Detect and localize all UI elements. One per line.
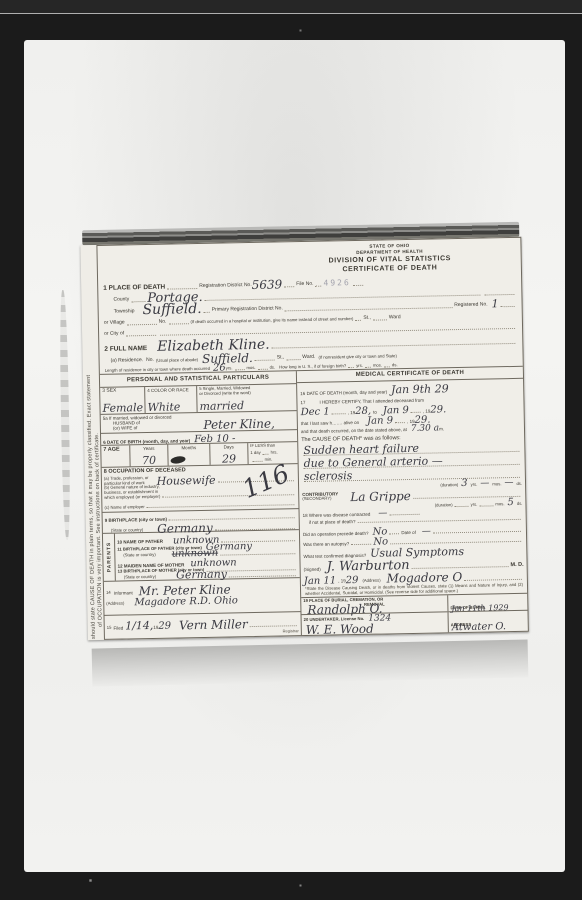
last-saw-label: that I last saw h……. alive on <box>301 420 359 426</box>
informant-address-value: Magadore R.D. Ohio <box>134 597 238 607</box>
dotted-line <box>315 285 321 287</box>
occupation-a-value: Housewife <box>157 476 216 486</box>
attended-to-value: Jan 9 <box>383 407 409 415</box>
burial-date-cell: DATE OF BURIAL Jan 11th 1929 <box>447 594 527 612</box>
burial-place-cell: 19 PLACE OF BURIAL, CREMATION, OR REMOVA… <box>301 595 447 614</box>
filed-label: Filed <box>113 625 123 630</box>
certify-block: 17 I HEREBY CERTIFY, That I attended dec… <box>297 392 524 434</box>
street-label-2: St., <box>277 356 285 362</box>
parents-label: PARENTS <box>106 542 113 573</box>
dotted-line <box>389 532 399 534</box>
dotted-line <box>373 319 387 321</box>
cause-of-death-block: The CAUSE OF DEATH* was as follows: Sudd… <box>298 430 525 489</box>
informant-label: Informant <box>114 590 133 596</box>
attended-from-value: Dec 1 <box>301 409 330 418</box>
agency-header: STATE OF OHIO DEPARTMENT OF HEALTH DIVIS… <box>263 241 515 276</box>
undertaker-address-value: Atwater O. <box>452 623 506 632</box>
undertaker-value: W. E. Wood <box>306 624 374 635</box>
street-label: St., <box>363 316 371 322</box>
cause-line-2: due to General arterio — <box>304 458 443 469</box>
if-less-label: IF LESS than <box>250 443 295 449</box>
dotted-line <box>365 366 371 368</box>
informant-no: 14 <box>106 591 111 596</box>
informant-value: Mr. Peter Kline <box>139 585 231 596</box>
comma-19-a: , 19 <box>348 410 356 415</box>
dotted-line <box>411 411 421 413</box>
full-name-label: 2 FULL NAME <box>104 345 147 353</box>
file-no-label: File No. <box>296 282 313 288</box>
dotted-line <box>258 368 268 370</box>
dotted-line <box>286 358 300 360</box>
filed-no: 15 <box>107 626 112 631</box>
dotted-line <box>384 365 390 367</box>
age-days-cell: Days 29 <box>209 443 247 465</box>
page-edge-streak <box>59 290 71 540</box>
age-label-cell: 7 AGE <box>101 445 129 467</box>
page-stack-shadow <box>92 639 529 686</box>
undertaker-address-cell: ADDRESS Atwater O. <box>448 611 528 633</box>
dotted-line <box>353 284 363 286</box>
to-label: to <box>373 410 377 415</box>
medical-column: MEDICAL CERTIFICATE OF DEATH 16 DATE OF … <box>297 367 528 635</box>
certificate-paper: should state CAUSE OF DEATH in plain ter… <box>80 237 529 641</box>
contributory-duration-ds: 5 <box>507 499 514 507</box>
file-no-value: 4926 <box>323 278 350 288</box>
registration-district-label: Registration District No. <box>199 283 252 290</box>
dotted-line <box>229 574 296 577</box>
registrar-value: Vern Miller <box>179 620 248 631</box>
county-label: County <box>113 298 129 304</box>
yrs-label: yrs. <box>226 367 233 372</box>
photo-paper: should state CAUSE OF DEATH in plain ter… <box>24 40 565 872</box>
years-label: Years <box>132 446 165 452</box>
undertaker-row: 20 UNDERTAKER, License No. 1324 W. E. Wo… <box>302 610 528 635</box>
race-value: White <box>147 403 194 413</box>
sex-value: Female <box>102 404 142 414</box>
film-specks <box>0 0 1 1</box>
hrs-label: hrs. <box>271 451 278 456</box>
parents-strip: PARENTS <box>103 534 116 581</box>
ward-label-2: Ward. <box>302 355 315 361</box>
race-cell: 4 COLOR OR RACE White <box>144 386 196 413</box>
township-label: Township <box>114 310 135 316</box>
village-label: or Village <box>104 321 125 327</box>
personal-column: PERSONAL AND STATISTICAL PARTICULARS 3 S… <box>100 371 302 639</box>
death-certificate: should state CAUSE OF DEATH in plain ter… <box>80 222 529 641</box>
form-body: PERSONAL AND STATISTICAL PARTICULARS 3 S… <box>100 366 528 639</box>
microfilm-frame: should state CAUSE OF DEATH in plain ter… <box>0 0 582 900</box>
registration-district-value: 5639 <box>252 280 283 290</box>
residence-no-label: No. <box>146 358 154 364</box>
days-label: Days <box>212 444 245 450</box>
occupation-row: 8 OCCUPATION OF DECEASED (a) Trade, prof… <box>102 464 299 513</box>
registered-no-label: Registered No. <box>454 303 487 309</box>
mos-label-2: mos. <box>373 364 382 369</box>
dotted-line <box>455 505 469 507</box>
dotted-line <box>501 305 515 307</box>
dotted-line <box>351 543 371 545</box>
attended-to-year: 29. <box>430 406 446 414</box>
secondary-label: (SECONDARY) <box>302 497 338 503</box>
mos-label: mos. <box>246 366 255 371</box>
sex-cell: 3 SEX Female <box>100 387 144 414</box>
dotted-line <box>395 421 405 423</box>
informant-address-label: (Address) <box>106 602 124 607</box>
dotted-line <box>355 319 361 321</box>
residence-note: (Usual place of abode) <box>156 358 198 364</box>
filed-year-value: 29 <box>158 623 171 631</box>
dotted-line <box>255 359 275 361</box>
dotted-line <box>348 366 354 368</box>
dotted-line <box>332 412 346 414</box>
mother-state-label: (State or country) <box>118 575 156 581</box>
months-label: Months <box>170 445 207 451</box>
dotted-line <box>263 453 269 455</box>
length-value: 26 <box>213 365 226 373</box>
township-value: Suffield. <box>142 304 201 316</box>
age-months-cell: Months <box>167 444 209 466</box>
race-label: 4 COLOR OR RACE <box>147 387 194 393</box>
marital-value: married <box>199 402 294 413</box>
residence-label: (a) Residence. <box>111 358 144 364</box>
occupation-c-label: (c) Name of employer <box>104 505 144 511</box>
age-label: 7 AGE <box>103 447 127 454</box>
filed-date-value: 1/14, <box>125 622 153 631</box>
comma-19-b: , 19 <box>423 409 431 414</box>
film-scratch-line <box>0 13 582 14</box>
sex-label: 3 SEX <box>102 388 142 395</box>
ink-smudge <box>170 455 186 464</box>
spouse-row: 5a If married, widowed or divorced HUSBA… <box>101 411 297 434</box>
spouse-value: Peter Kline, <box>203 419 275 430</box>
dotted-line <box>204 311 210 313</box>
dotted-line <box>147 504 295 509</box>
last-saw-value: Jan 9 <box>367 417 393 425</box>
residence-value: Suffield. <box>202 354 253 365</box>
marital-label-2: or Divorced (write the word) <box>199 390 294 397</box>
dotted-line <box>253 460 263 462</box>
where-dash: — <box>378 510 387 517</box>
ds-label-2: ds. <box>392 363 398 368</box>
dotted-line <box>234 368 244 370</box>
street-no-label: No. <box>159 320 167 326</box>
dotted-line <box>168 322 188 324</box>
informant-row: 14 Informant Mr. Peter Kline (Address) M… <box>104 578 301 615</box>
undertaker-cell: 20 UNDERTAKER, License No. 1324 W. E. Wo… <box>302 612 448 635</box>
dotted-line <box>479 505 493 507</box>
filed-row: 15 Filed 1/14, 19 29 Vern Miller Regist <box>104 611 300 639</box>
age-years-cell: Years 70 <box>129 445 167 467</box>
parents-rows: 10 NAME OF FATHER unknown 11 BIRTHPLACE … <box>115 530 300 581</box>
ward-label: Ward <box>389 316 401 322</box>
city-label: or City of <box>104 332 124 338</box>
dotted-line <box>284 285 294 287</box>
years-value: 70 <box>132 457 165 466</box>
sex-race-marital-row: 3 SEX Female 4 COLOR OR RACE White 5 Si <box>100 384 296 415</box>
yrs-label-2: yrs. <box>356 364 363 369</box>
ds-label: ds. <box>270 366 276 371</box>
contributory-value: La Grippe <box>350 492 411 503</box>
form-header: STATE OF OHIO DEPARTMENT OF HEALTH DIVIS… <box>97 238 522 374</box>
registered-no-value: 1 <box>492 301 499 310</box>
cause-line-3: sclerosis <box>304 472 353 482</box>
one-day-label: 1 day <box>250 451 260 456</box>
if-less-cell: IF LESS than 1 dayhrs. min. <box>247 442 297 464</box>
certify-no: 17 <box>300 400 305 405</box>
marital-cell: 5 Single, Married, Widowed or Divorced (… <box>196 384 296 412</box>
registrar-label: Registrar <box>283 628 299 633</box>
certificate-form: STATE OF OHIO DEPARTMENT OF HEALTH DIVIS… <box>96 237 529 640</box>
parents-block: PARENTS 10 NAME OF FATHER unknown <box>103 530 300 582</box>
film-top-band <box>0 0 582 13</box>
days-value: 29 <box>212 455 245 464</box>
